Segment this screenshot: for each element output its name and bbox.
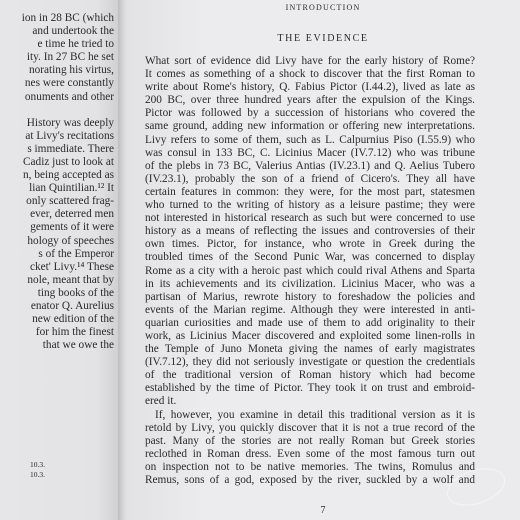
paragraph-gap — [0, 104, 114, 117]
text-line: What sort of evidence did Livy have for … — [145, 55, 475, 68]
text-line: that we owe the — [0, 339, 114, 352]
page-number: 7 — [126, 505, 520, 516]
text-line: ever, deterred men — [0, 208, 114, 221]
left-page: ion in 28 BC (which and undertook the e … — [0, 0, 120, 520]
right-page: INTRODUCTION THE EVIDENCE What sort of e… — [126, 0, 520, 520]
text-line: onuments and other — [0, 91, 114, 104]
text-line: who turned to the writing of history as … — [145, 199, 475, 212]
text-line: e time he tried to — [0, 38, 114, 51]
text-line: quarian curiosities and made use of them… — [145, 317, 475, 330]
text-line: write about Rome's history, Q. Fabius Pi… — [145, 81, 475, 94]
text-line: nole, meant that by — [0, 274, 114, 287]
text-line: cket' Livy.¹⁴ These — [0, 261, 114, 274]
text-line: If, however, you examine in detail this … — [145, 409, 475, 422]
text-line: 200 BC, over three hundred years after t… — [145, 94, 475, 107]
text-line: Pictor was followed by a succession of h… — [145, 107, 475, 120]
text-line: new edition of the — [0, 313, 114, 326]
text-line: was consul in 133 BC, C. Licinius Macer … — [145, 147, 475, 160]
text-line: lian Quintilian.¹² It — [0, 182, 114, 195]
text-line: Remus, sons of a god, exposed by the riv… — [145, 474, 475, 487]
text-line: for him the finest — [0, 326, 114, 339]
text-line: partisan of Marius, rewrote history to f… — [145, 291, 475, 304]
text-line: same ground, adding new information or o… — [145, 120, 475, 133]
text-line: hology of speeches — [0, 235, 114, 248]
text-line: n, being accepted as — [0, 169, 114, 182]
body-text: What sort of evidence did Livy have for … — [145, 55, 475, 487]
text-line: nes were constantly — [0, 77, 114, 90]
text-line: ting books of the — [0, 287, 114, 300]
text-line: gements of it were — [0, 221, 114, 234]
text-line: s immediate. There — [0, 143, 114, 156]
text-line: Livy refers to some of them, such as L. … — [145, 134, 475, 147]
text-line: in its achievements and its civilization… — [145, 278, 475, 291]
text-line: enator Q. Aurelius — [0, 300, 114, 313]
text-line: of the plebs in 73 BC, Valerius Antias (… — [145, 160, 475, 173]
text-line: retold by Livy, you quickly discover tha… — [145, 422, 475, 435]
text-line: the Temple of Juno Moneta giving the nam… — [145, 343, 475, 356]
text-line: established by the time of Pictor. They … — [145, 382, 475, 395]
text-line: ion in 28 BC (which — [0, 12, 114, 25]
text-line: History was deeply — [0, 117, 114, 130]
text-line: Rome as a city with a heroic past which … — [145, 265, 475, 278]
footnote: 10.3. — [30, 460, 45, 470]
text-line: certain features in common: they were, f… — [145, 186, 475, 199]
text-line: norating his virtus, — [0, 64, 114, 77]
text-line: and undertook the — [0, 25, 114, 38]
text-line: s of the Emperor — [0, 248, 114, 261]
text-line: troubled times of the Second Punic War, … — [145, 251, 475, 264]
text-line: ity. In 27 BC he set — [0, 51, 114, 64]
left-page-text: ion in 28 BC (which and undertook the e … — [0, 12, 114, 352]
text-line: past. Many of the stories are not really… — [145, 435, 475, 448]
text-line: Cadiz just to look at — [0, 156, 114, 169]
footnote: 10.3. — [30, 470, 45, 480]
footnotes: 10.3. 10.3. — [30, 460, 45, 480]
text-line: at Livy's recitations — [0, 130, 114, 143]
text-line: not interested in historical research as… — [145, 212, 475, 225]
running-head: INTRODUCTION — [126, 3, 520, 12]
text-line: events of the Marian regime. Although th… — [145, 304, 475, 317]
text-line: It comes as something of a shock to disc… — [145, 68, 475, 81]
text-line: (IV.7.12), they did not seriously invest… — [145, 356, 475, 369]
text-line: on inspection not to be native memories.… — [145, 461, 475, 474]
section-title: THE EVIDENCE — [126, 33, 520, 44]
text-line: work, as Licinius Macer discovered and e… — [145, 330, 475, 343]
text-line: only scattered frag- — [0, 195, 114, 208]
text-line: history as a means of reflecting the iss… — [145, 225, 475, 238]
text-line: own times. Pictor, for instance, who wro… — [145, 238, 475, 251]
text-line: (IV.23.1), probably the son of a friend … — [145, 173, 475, 186]
text-line: ered it. — [145, 395, 475, 408]
text-line: of the traditional version of Roman hist… — [145, 369, 475, 382]
text-line: reclothed in Roman dress. Even some of t… — [145, 448, 475, 461]
